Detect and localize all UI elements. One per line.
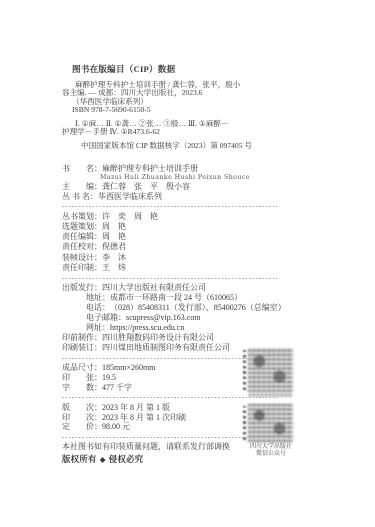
staff-label: 责任校对： <box>62 242 102 252</box>
staff-value: 倪德君 <box>102 242 314 252</box>
copyright-left-text: 版权所有 <box>62 455 97 464</box>
email-value: scupress@vip.163.com <box>126 313 314 323</box>
website-value: https://press.scu.edu.cn <box>110 323 314 333</box>
edition-label: 印 次： <box>62 413 102 423</box>
staff-row: 丛书策划： 许 奕 周 艳 <box>62 212 314 222</box>
qr-top-caption-blurred <box>249 393 293 398</box>
website-label: 网址： <box>86 323 110 333</box>
dashed-divider <box>62 397 277 398</box>
staff-section: 丛书策划： 许 奕 周 艳 选题策划： 周 艳 责任编辑： 周 艳 责任校对： … <box>62 212 314 274</box>
cip-classification-block: Ⅰ. ①麻… Ⅱ. ①龚… ②张… ③殷… Ⅲ. ①麻醉－ 护理学－手册 Ⅳ. … <box>62 120 314 137</box>
cip-classification-line: 护理学－手册 Ⅳ. ①R473.6-62 <box>62 128 314 136</box>
staff-label: 装帧设计： <box>62 253 102 263</box>
edition-label: 定 价： <box>62 422 102 432</box>
staff-value: 王 炜 <box>102 263 314 273</box>
qr-wechat-side-text-blurred <box>243 406 246 440</box>
phone-value: （028）85408311（发行部）、85400276（总编室） <box>110 303 314 313</box>
email-row: 电子邮箱： scupress@vip.163.com <box>86 313 314 323</box>
staff-row: 责任编辑： 周 艳 <box>62 232 314 242</box>
copyright-page: 图书在版编目（CIP）数据 麻醉护理专科护士培训手册 / 龚仁蓉，张平，殷小 容… <box>0 0 375 527</box>
staff-label: 责任编辑： <box>62 232 102 242</box>
publisher-row: 出版发行： 四川大学出版社有限责任公司 <box>62 283 314 293</box>
address-value: 成都市一环路南一段 24 号（610065） <box>110 293 314 303</box>
qr-code-wechat <box>248 404 293 442</box>
book-title-value: 麻醉护理专科护士培训手册 <box>102 164 314 174</box>
copyright-right-text: 侵权必究 <box>109 455 144 464</box>
spec-label: 字 数： <box>62 383 102 393</box>
staff-value: 许 奕 周 艳 <box>102 212 314 222</box>
cip-entry-block: 麻醉护理专科护士培训手册 / 龚仁蓉，张平，殷小 容主编. — 成都：四川大学出… <box>62 81 314 136</box>
staff-row: 责任校对： 倪德君 <box>62 242 314 252</box>
address-label: 地址： <box>86 293 110 303</box>
edition-label: 版 次： <box>62 403 102 413</box>
staff-value: 周 艳 <box>102 222 314 232</box>
spec-label: 印 张： <box>62 373 102 383</box>
qr-caption-line1: 四川大学出版社 <box>238 444 304 451</box>
staff-label: 丛书策划： <box>62 212 102 222</box>
diamond-icon: ◆ <box>97 455 109 464</box>
editors-value: 龚仁蓉 张 平 殷小容 <box>102 182 314 192</box>
spec-label: 成品尺寸： <box>62 363 102 373</box>
editors-row: 主 编： 龚仁蓉 张 平 殷小容 <box>62 182 314 192</box>
book-title-pinyin: Mazui Huli Zhuanke Hushi Peixun Shouce <box>100 174 314 183</box>
email-label: 电子邮箱： <box>86 313 126 323</box>
dashed-divider <box>62 278 277 279</box>
qr-wechat-caption: 四川大学出版社 微信公众号 <box>238 444 304 458</box>
cip-record-number: 中国国家版本馆 CIP 数据核字（2023）第 097405 号 <box>62 142 314 150</box>
book-info-section: 书 名： 麻醉护理专科护士培训手册 Mazui Huli Zhuanke Hus… <box>62 164 314 202</box>
prepress-value: 四川胜翔数码印务设计有限公司 <box>102 333 314 343</box>
phone-label: 电话： <box>86 303 110 313</box>
address-row: 地址： 成都市一环路南一段 24 号（610065） <box>86 293 314 303</box>
website-row: 网址： https://press.scu.edu.cn <box>86 323 314 333</box>
isbn-line: ISBN 978-7-5690-6150-5 <box>62 106 314 114</box>
qr-top-side-text-blurred <box>243 350 246 390</box>
publisher-label: 出版发行： <box>62 283 102 293</box>
phone-row: 电话： （028）85408311（发行部）、85400276（总编室） <box>86 303 314 313</box>
qr-code-top <box>248 348 293 392</box>
staff-row: 选题策划： 周 艳 <box>62 222 314 232</box>
book-title-label: 书 名： <box>62 164 102 174</box>
staff-value: 周 艳 <box>102 232 314 242</box>
printing-label: 印刷装订： <box>62 343 102 353</box>
publisher-name: 四川大学出版社有限责任公司 <box>102 283 314 293</box>
prepress-row: 印前制作： 四川胜翔数码印务设计有限公司 <box>62 333 314 343</box>
qr-caption-line2: 微信公众号 <box>238 451 304 458</box>
publisher-section: 出版发行： 四川大学出版社有限责任公司 地址： 成都市一环路南一段 24 号（6… <box>62 283 314 353</box>
staff-label: 选题策划： <box>62 222 102 232</box>
cip-header: 图书在版编目（CIP）数据 <box>62 64 314 74</box>
staff-value: 李 沐 <box>102 253 314 263</box>
series-row: 丛 书 名： 华西医学临床系列 <box>62 192 314 202</box>
editors-label: 主 编： <box>62 182 102 192</box>
prepress-label: 印前制作： <box>62 333 102 343</box>
staff-label: 责任印制： <box>62 263 102 273</box>
series-value: 华西医学临床系列 <box>98 192 314 202</box>
book-title-row: 书 名： 麻醉护理专科护士培训手册 <box>62 164 314 174</box>
dashed-divider <box>62 206 277 207</box>
series-label: 丛 书 名： <box>62 192 98 202</box>
staff-row: 装帧设计： 李 沐 <box>62 253 314 263</box>
staff-row: 责任印制： 王 炜 <box>62 263 314 273</box>
